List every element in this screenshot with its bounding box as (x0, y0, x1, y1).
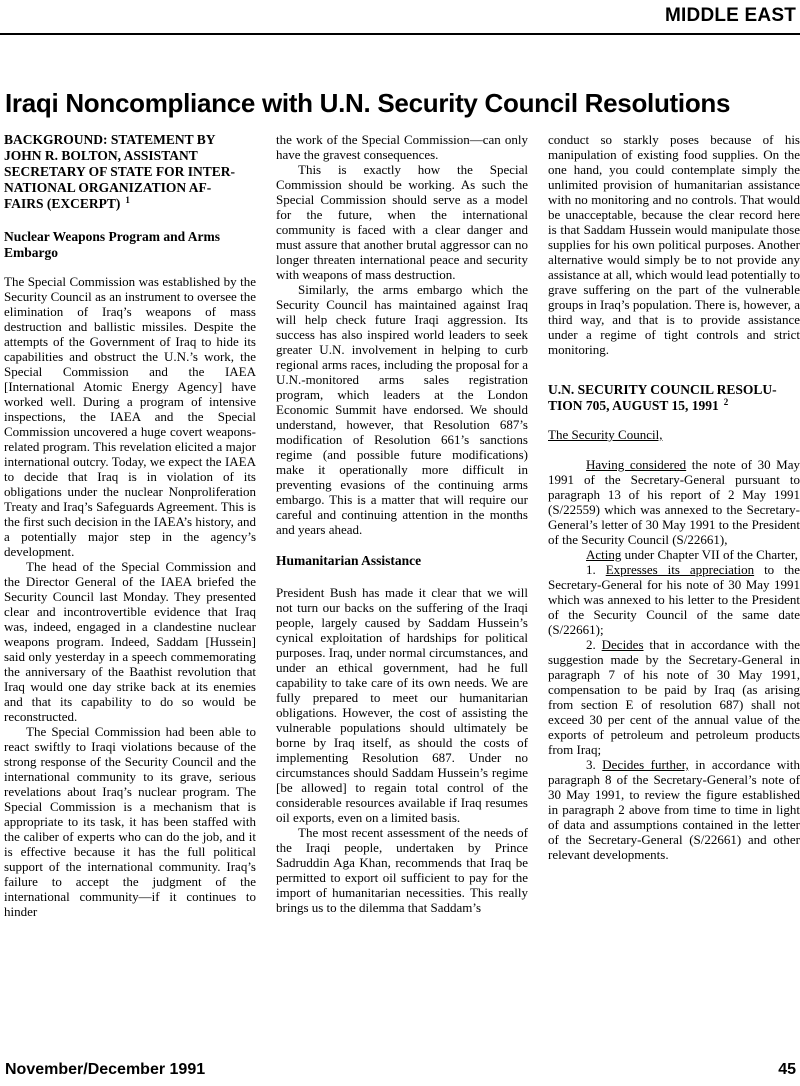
column-2: the work of the Special Commission—can o… (276, 132, 528, 919)
clause-lead: Decides (602, 637, 644, 652)
resolution-clause: 2. Decides that in accordance with the s… (548, 637, 800, 757)
clause-number: 2. (586, 637, 602, 652)
divider-rule (0, 33, 800, 35)
paragraph: Similarly, the arms embargo which the Se… (276, 282, 528, 537)
footnote-marker-2: 2 (724, 397, 729, 407)
subheading-humanitarian-assistance: Humanitarian Assistance (276, 553, 528, 569)
clause-text: in accordance with paragraph 8 of the Se… (548, 757, 800, 862)
paragraph: The Special Commission had been able to … (4, 724, 256, 919)
paragraph: The Special Commission was established b… (4, 274, 256, 559)
paragraph: The head of the Special Commission and t… (4, 559, 256, 724)
section-label: MIDDLE EAST (665, 5, 796, 27)
resolution-clause: Having considered the note of 30 May 199… (548, 457, 800, 547)
page-title: Iraqi Noncompliance with U.N. Security C… (5, 88, 795, 119)
column-1: BACKGROUND: STATEMENT BY JOHN R. BOLTON,… (4, 132, 256, 919)
background-heading-text: BACKGROUND: STATEMENT BY JOHN R. BOLTON,… (4, 132, 235, 211)
clause-lead: Expresses its appreciation (606, 562, 754, 577)
resolution-heading: U.N. SECURITY COUNCIL RESOLU- TION 705, … (548, 382, 800, 414)
paragraph: the work of the Special Commission—can o… (276, 132, 528, 162)
paragraph: President Bush has made it clear that we… (276, 585, 528, 825)
resolution-heading-text: U.N. SECURITY COUNCIL RESOLU- TION 705, … (548, 382, 777, 413)
clause-lead: Having considered (586, 457, 686, 472)
footer-page-number: 45 (778, 1061, 796, 1079)
clause-lead: Acting (586, 547, 621, 562)
column-3: conduct so starkly poses because of his … (548, 132, 800, 919)
resolution-clause: 3. Decides further, in accordance with p… (548, 757, 800, 862)
footnote-marker-1: 1 (125, 195, 130, 205)
clause-number: 1. (586, 562, 606, 577)
footer-date: November/December 1991 (5, 1061, 205, 1079)
paragraph: The most recent assessment of the needs … (276, 825, 528, 915)
clause-lead: Decides further, (602, 757, 689, 772)
paragraph: conduct so starkly poses because of his … (548, 132, 800, 357)
clause-number: 3. (586, 757, 602, 772)
clause-text: that in accordance with the suggestion m… (548, 637, 800, 757)
subheading-nuclear-weapons: Nuclear Weapons Program and Arms Embargo (4, 229, 256, 261)
background-heading: BACKGROUND: STATEMENT BY JOHN R. BOLTON,… (4, 132, 256, 212)
resolution-clause: 1. Expresses its appreciation to the Sec… (548, 562, 800, 637)
clause-text: under Chapter VII of the Charter, (621, 547, 797, 562)
paragraph: This is exactly how the Special Commissi… (276, 162, 528, 282)
article-columns: BACKGROUND: STATEMENT BY JOHN R. BOLTON,… (4, 132, 800, 919)
resolution-preamble: The Security Council, (548, 427, 800, 442)
page-footer: November/December 1991 45 (5, 1061, 796, 1079)
resolution-clause: Acting under Chapter VII of the Charter, (548, 547, 800, 562)
